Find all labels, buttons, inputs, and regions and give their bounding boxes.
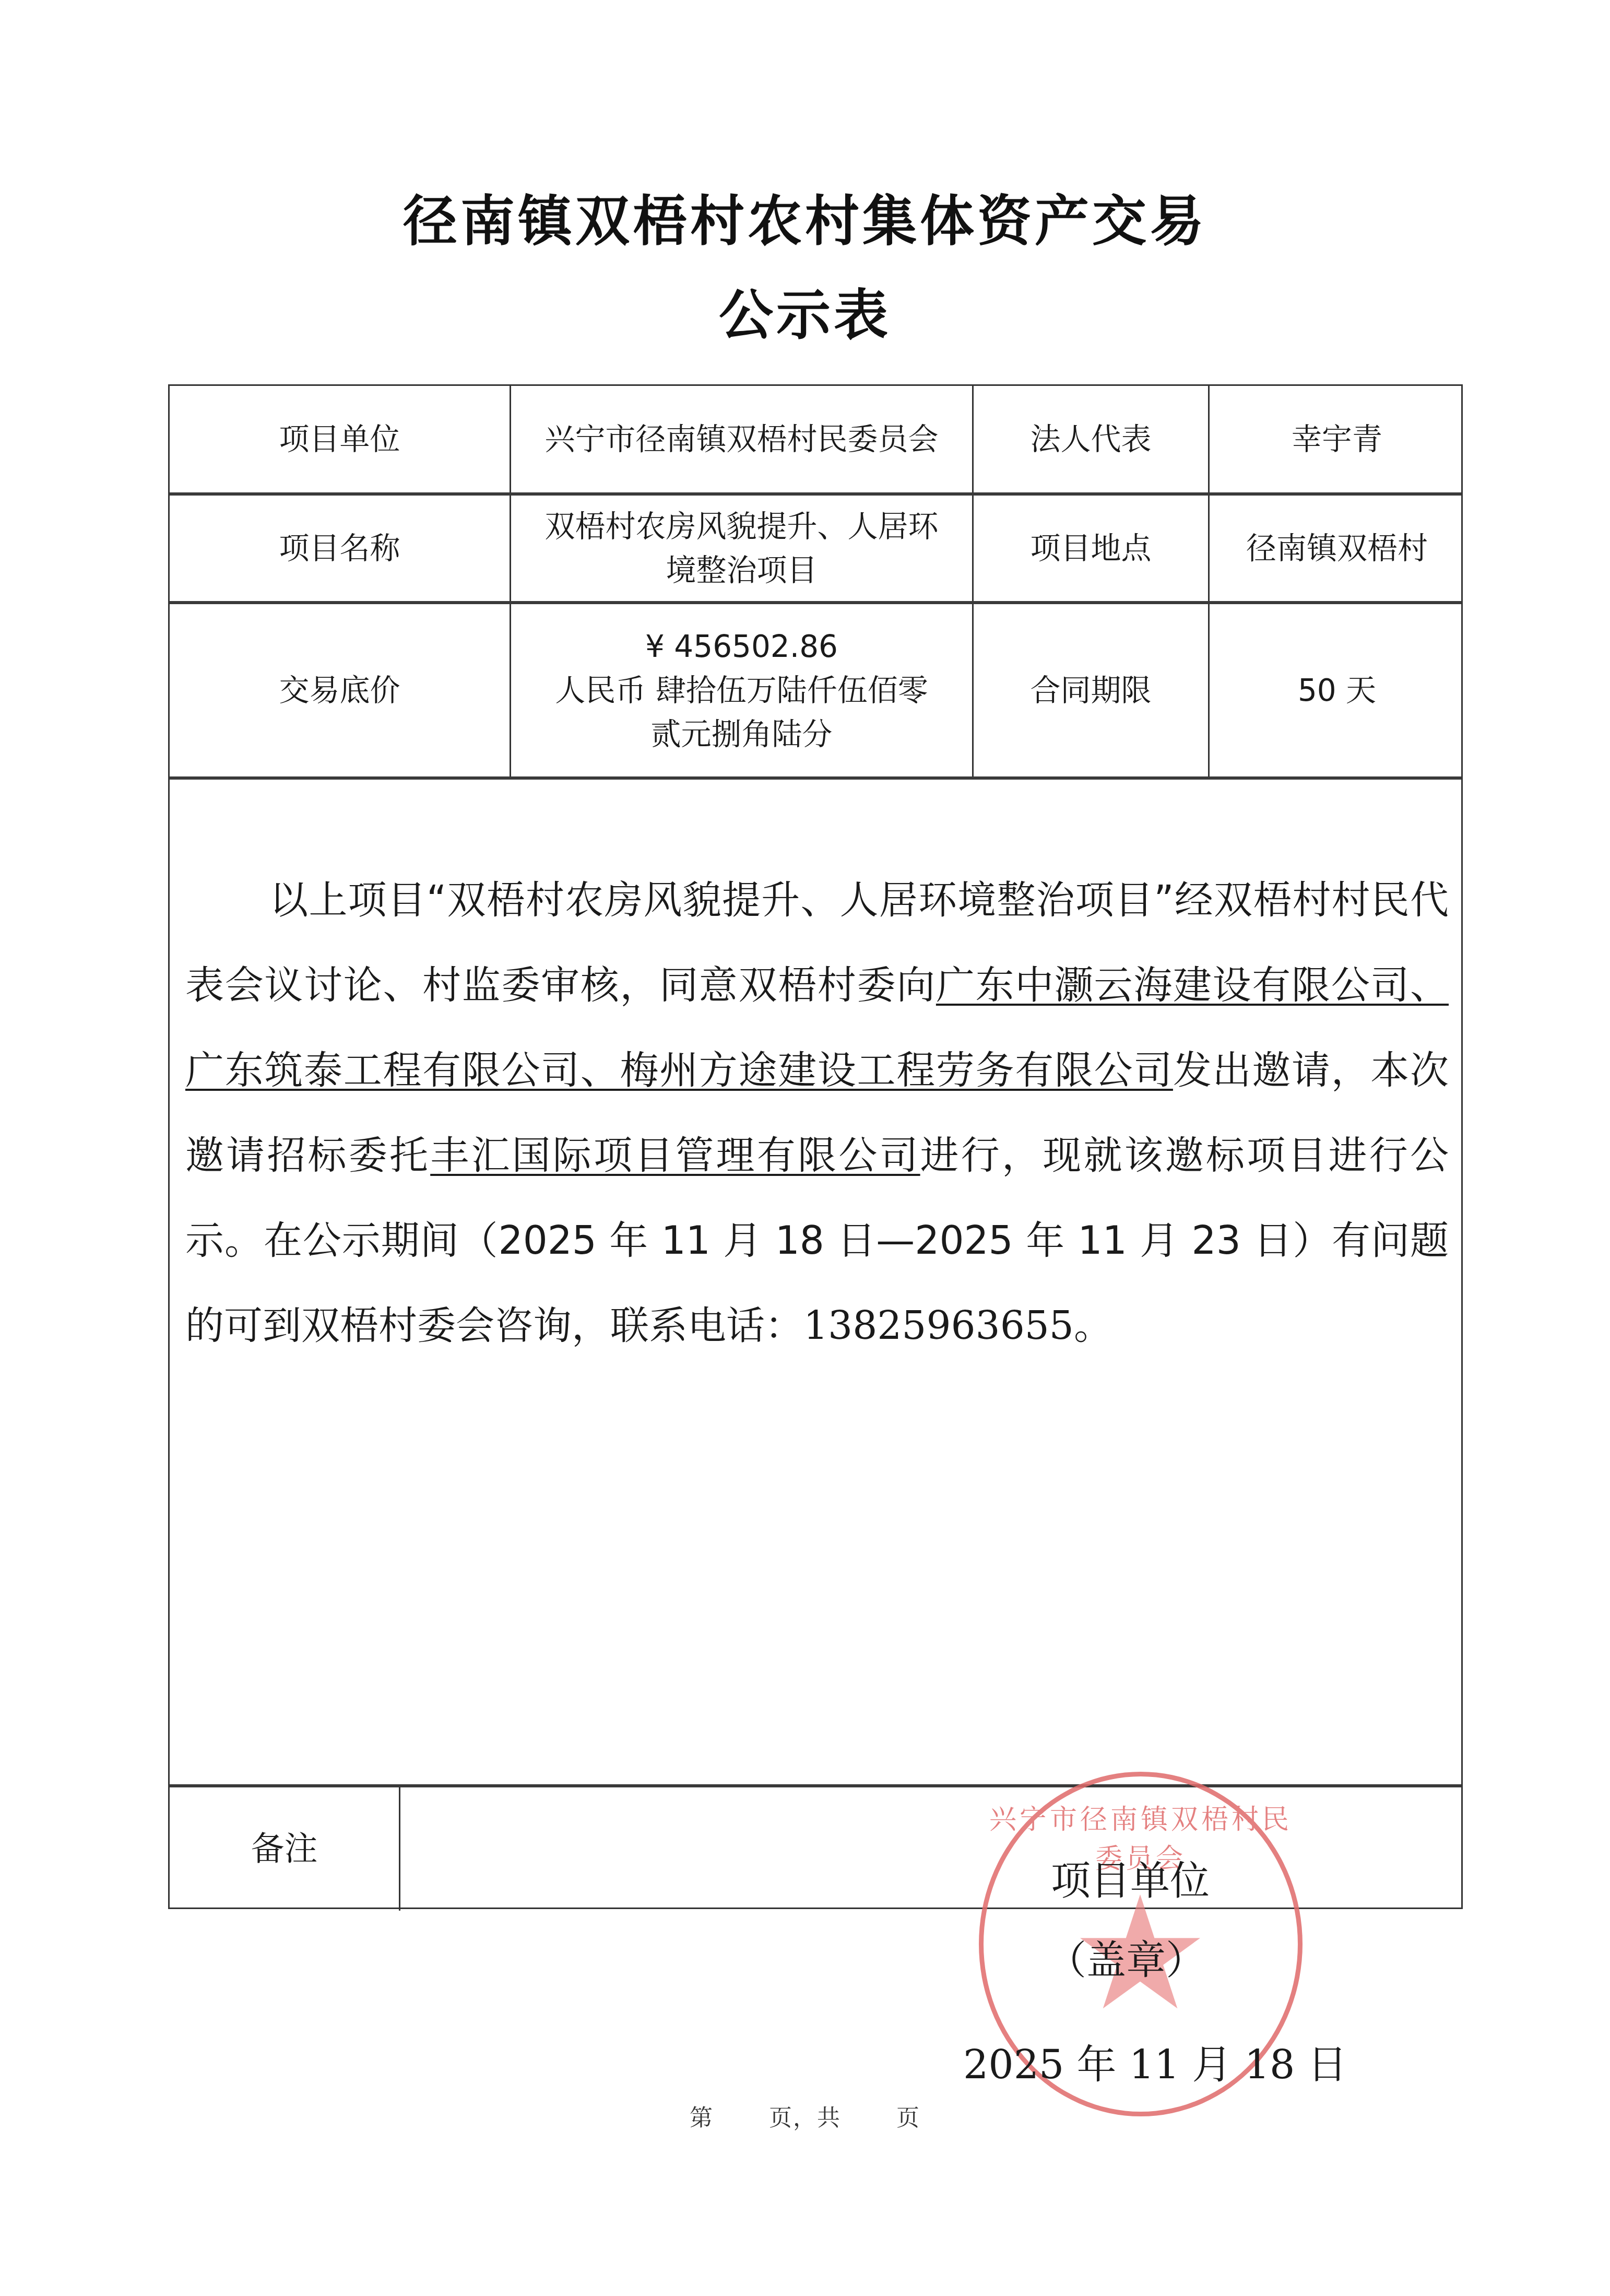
- value-reserve-price: ¥ 456502.86 人民币 肆拾伍万陆仟伍佰零 贰元捌角陆分: [511, 604, 974, 776]
- page-suffix: 页: [896, 2099, 920, 2133]
- price-words: 贰元捌角陆分: [650, 712, 832, 756]
- notice-paragraph: 以上项目“双梧村农房风貌提升、人居环境整治项目”经双梧村村民代表会议讨论、村监委…: [185, 858, 1449, 1369]
- table-row: 项目名称 双梧村农房风貌提升、人居环 境整治项目 项目地点 径南镇双梧村: [170, 496, 1461, 604]
- remarks-row: 备注: [170, 1787, 1461, 1911]
- notice-table: 项目单位 兴宁市径南镇双梧村民委员会 法人代表 幸宇青 项目名称 双梧村农房风貌…: [168, 384, 1463, 1909]
- price-numeric: ¥ 456502.86: [645, 625, 838, 668]
- page-mid: 页，共: [769, 2099, 841, 2133]
- value-project-name: 双梧村农房风貌提升、人居环 境整治项目: [511, 496, 974, 601]
- label-project-name: 项目名称: [170, 496, 511, 601]
- contact-phone: 13825963655。: [803, 1303, 1112, 1348]
- price-words: 人民币 肆拾伍万陆仟伍佰零: [555, 668, 928, 712]
- document-title: 径南镇双梧村农村集体资产交易: [0, 178, 1610, 256]
- value-remarks: [400, 1787, 1464, 1911]
- notice-body-row: 以上项目“双梧村农房风貌提升、人居环境整治项目”经双梧村村民代表会议讨论、村监委…: [170, 780, 1461, 1787]
- label-legal-rep: 法人代表: [974, 386, 1210, 492]
- label-project-unit: 项目单位: [170, 386, 511, 492]
- value-legal-rep: 幸宇青: [1210, 386, 1464, 492]
- value-project-unit: 兴宁市径南镇双梧村民委员会: [511, 386, 974, 492]
- project-name-line: 双梧村农房风貌提升、人居环: [544, 504, 938, 548]
- signature-date: 2025 年 11 月 18 日: [963, 2033, 1347, 2090]
- tender-agent: 丰汇国际项目管理有限公司: [430, 1133, 920, 1178]
- label-reserve-price: 交易底价: [170, 604, 511, 776]
- label-remarks: 备注: [170, 1787, 400, 1911]
- label-contract-term: 合同期限: [974, 604, 1210, 776]
- project-name-line: 境整治项目: [666, 548, 817, 592]
- page-footer: 第页，共页: [0, 2099, 1610, 2133]
- page-prefix: 第: [690, 2099, 714, 2133]
- value-contract-term: 50 天: [1210, 604, 1464, 776]
- table-row: 项目单位 兴宁市径南镇双梧村民委员会 法人代表 幸宇青: [170, 386, 1461, 496]
- document-subtitle: 公示表: [0, 272, 1610, 350]
- table-row: 交易底价 ¥ 456502.86 人民币 肆拾伍万陆仟伍佰零 贰元捌角陆分 合同…: [170, 604, 1461, 780]
- value-project-location: 径南镇双梧村: [1210, 496, 1464, 601]
- label-project-location: 项目地点: [974, 496, 1210, 601]
- signature-seal-label: （盖章）: [1047, 1928, 1205, 1985]
